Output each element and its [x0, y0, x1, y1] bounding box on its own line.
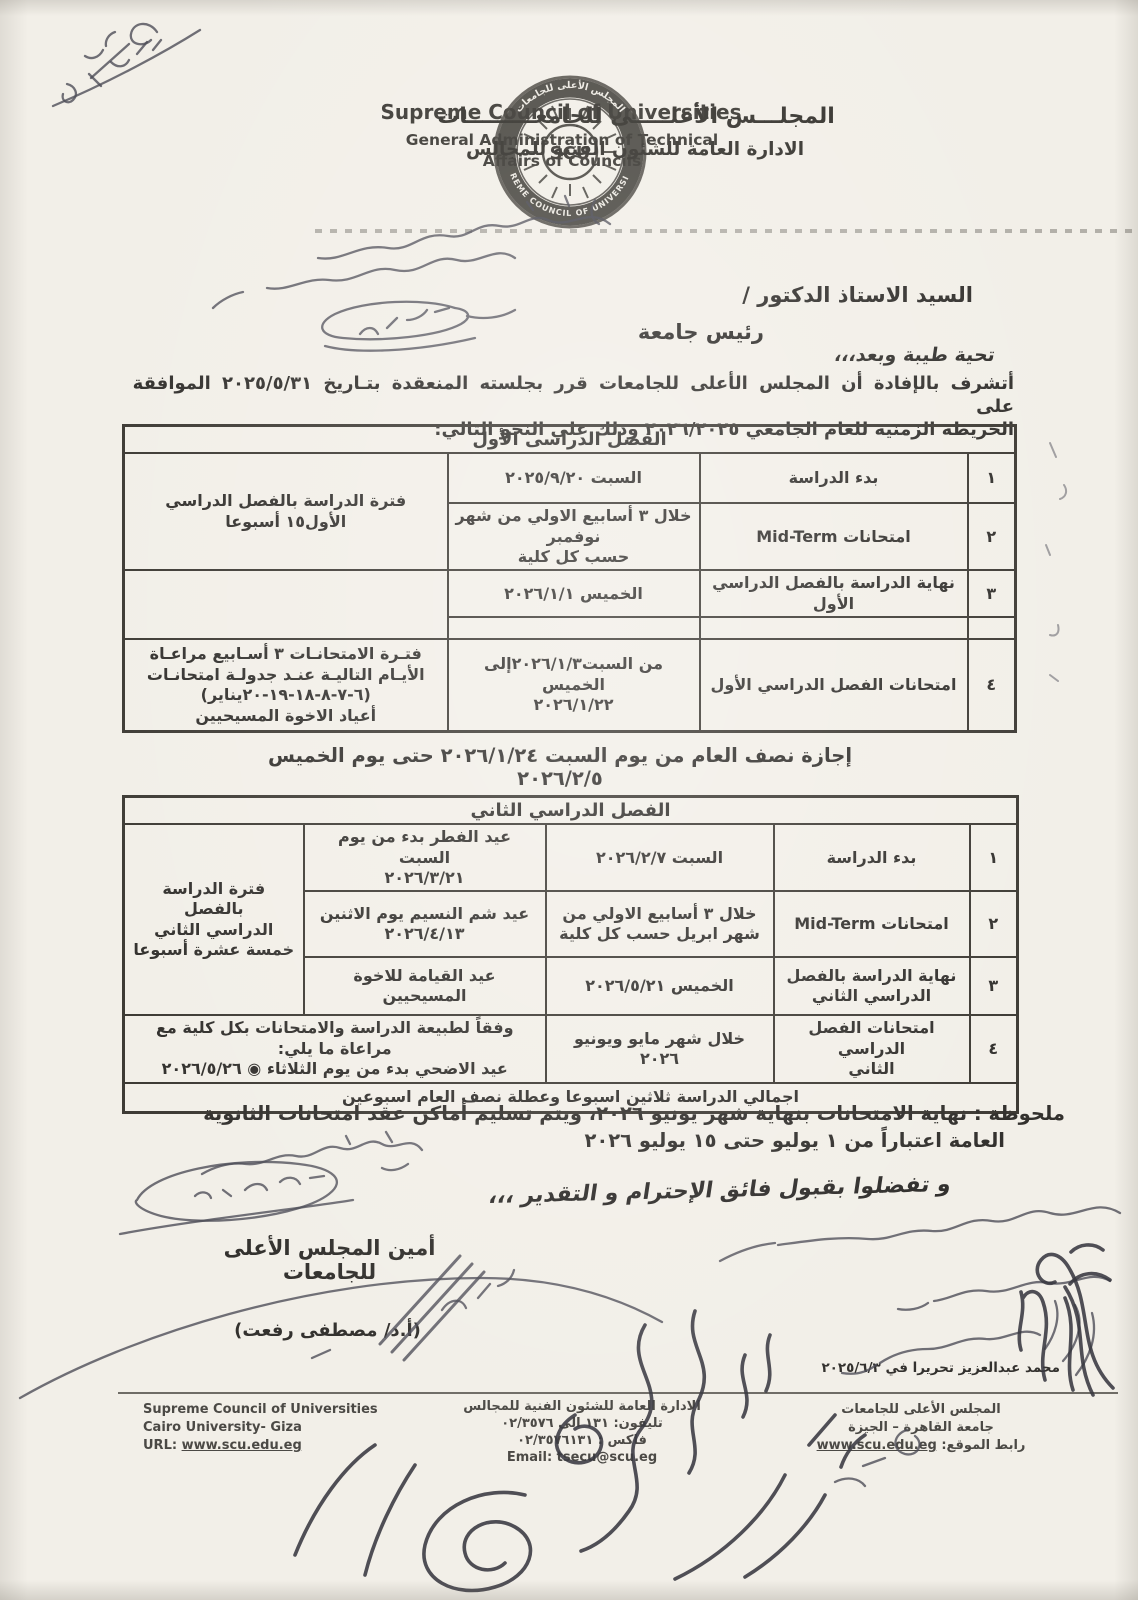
date-cell: السبت ٢٠٢٥/٩/٢٠ — [448, 453, 700, 503]
half-year-vacation-line: إجازة نصف العام من يوم السبت ٢٠٢٦/١/٢٤ ح… — [235, 744, 885, 790]
semester1-table: الفصل الدراسى الأول ١ بدء الدراسة السبت … — [122, 424, 1017, 733]
empty-cell — [448, 617, 700, 639]
date-cell: الخميس ٢٠٢٦/١/١ — [448, 570, 700, 617]
handwritten-annotation-bottom — [225, 1295, 865, 1600]
recipient-line: السيد الاستاذ الدكتور / — [768, 283, 973, 307]
handwritten-annotation-margin — [1020, 425, 1090, 695]
holiday-note: عيد شم النسيم يوم الاثنين ٢٠٢٦/٤/١٣ — [304, 891, 546, 957]
row-number: ١ — [968, 453, 1016, 503]
dept-name-arabic: الادارة العامة للشئون الفنية للمجالس — [188, 139, 1082, 160]
row-number: ٣ — [970, 957, 1018, 1015]
header-arabic: المجلـــس الأعلـــــى للجامعـــــــــات … — [652, 104, 1082, 160]
bullet-icon: ◉ — [247, 1059, 261, 1078]
row-number: ٣ — [968, 570, 1016, 617]
handwritten-annotation-topleft — [15, 10, 230, 130]
date-cell: خلال ٣ أسابيع الاولي من شهر نوفمبر حسب ك… — [448, 503, 700, 570]
date-cell: من السبت٢٠٢٦/١/٣إلى الخميس ٢٠٢٦/١/٢٢ — [448, 639, 700, 731]
row-number: ٤ — [970, 1015, 1018, 1082]
exam-conditions-note: وفقاً لطبيعة الدراسة والامتحانات بكل كلي… — [124, 1015, 546, 1082]
org-name-arabic: المجلـــس الأعلـــــى للجامعـــــــــات — [190, 104, 1082, 129]
event-cell: امتحانات Mid-Term — [700, 503, 968, 570]
handwritten-circled-signature — [95, 1138, 360, 1253]
event-cell: امتحانات الفصل الدراسي الأول — [700, 639, 968, 731]
semester2-title: الفصل الدراسي الثاني — [124, 797, 1018, 825]
empty-cell — [700, 617, 968, 639]
semester2-table: الفصل الدراسي الثاني ١ بدء الدراسة السبت… — [122, 795, 1019, 1114]
event-cell: نهاية الدراسة بالفصل الدراسي الأول — [700, 570, 968, 617]
event-cell: امتحانات Mid-Term — [774, 891, 970, 957]
intro-line-1: أتشرف بالإفادة أن المجلس الأعلى للجامعات… — [118, 372, 1014, 418]
semester1-title: الفصل الدراسى الأول — [124, 426, 1016, 454]
salutation: تحية طيبة وبعد،،، — [793, 344, 996, 366]
row-number: ٤ — [968, 639, 1016, 731]
event-cell: بدء الدراسة — [774, 824, 970, 891]
exam-period-note: فتـرة الامتحانـات ٣ أسـابيع مراعـاة الأي… — [124, 639, 448, 731]
date-cell: خلال شهر مايو ويونيو ٢٠٢٦ — [546, 1015, 774, 1082]
empty-cell — [124, 570, 448, 639]
holiday-note: عيد الفطر بدء من يوم السبت ٢٠٢٦/٣/٢١ — [304, 824, 546, 891]
event-cell: نهاية الدراسة بالفصل الدراسي الثاني — [774, 957, 970, 1015]
date-cell: خلال ٣ أسابيع الاولي من شهر ابريل حسب كل… — [546, 891, 774, 957]
row-number: ١ — [970, 824, 1018, 891]
row-number: ٢ — [968, 503, 1016, 570]
scanned-letter-page: Supreme Council of Universities General … — [0, 0, 1138, 1600]
row-number: ٢ — [970, 891, 1018, 957]
handwritten-stamp-signature — [985, 1220, 1135, 1405]
remark-line-2: العامة اعتباراً من ١ يوليو حتى ١٥ يوليو … — [584, 1129, 1005, 1152]
date-cell: الخميس ٢٠٢٦/٥/٢١ — [546, 957, 774, 1015]
holiday-note: عيد القيامة للاخوة المسيحيين — [304, 957, 546, 1015]
date-cell: السبت ٢٠٢٦/٢/٧ — [546, 824, 774, 891]
handwritten-annotation-top — [95, 188, 635, 356]
adha-holiday-line: عيد الاضحي بدء من يوم الثلاثاء ◉ ٢٠٢٦/٥/… — [131, 1059, 539, 1079]
event-cell: امتحانات الفصل الدراسي الثاني — [774, 1015, 970, 1082]
recipient-role: رئيس جامعة — [634, 320, 764, 344]
handwritten-marks-footer — [815, 1408, 935, 1493]
exam-dates-list: (٦-٧-٨-١٨-١٩-٢٠يناير) — [131, 685, 441, 705]
study-period-note: فترة الدراسة بالفصل الدراسي الثاني خمسة … — [124, 824, 304, 1015]
study-period-note: فترة الدراسة بالفصل الدراسي الأول١٥ أسبو… — [124, 453, 448, 570]
event-cell: بدء الدراسة — [700, 453, 968, 503]
empty-cell — [968, 617, 1016, 639]
